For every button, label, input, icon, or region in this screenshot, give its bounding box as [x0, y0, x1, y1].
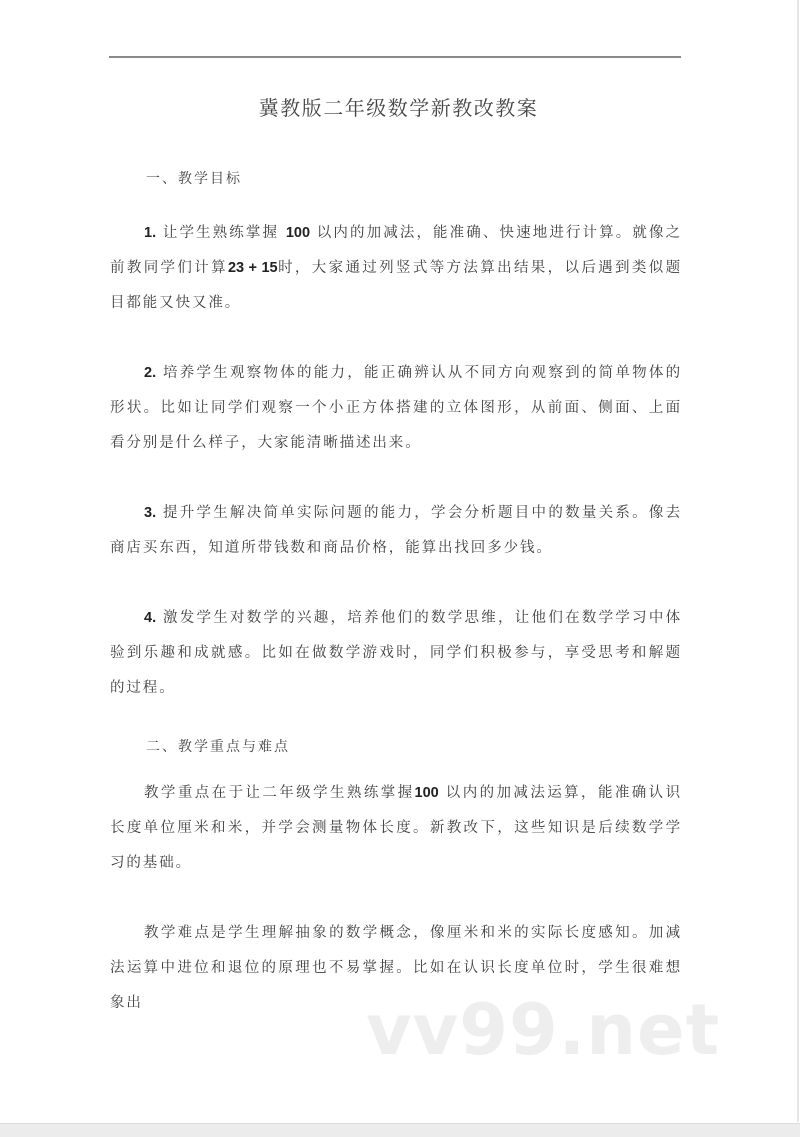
objective-paragraph-1: 1. 让学生熟练掌握 100 以内的加减法，能准确、快速地进行计算。就像之前教同…	[110, 216, 682, 321]
key-points-paragraph: 教学重点在于让二年级学生熟练掌握100 以内的加减法运算，能准确认识长度单位厘米…	[110, 776, 682, 881]
objective-paragraph-3: 3. 提升学生解决简单实际问题的能力，学会分析题目中的数量关系。像去商店买东西，…	[110, 496, 682, 566]
page-bottom-edge	[0, 1123, 800, 1137]
number-value: 100	[286, 225, 310, 241]
section-heading-key-points: 二、教学重点与难点	[146, 736, 290, 756]
paragraph-text: 培养学生观察物体的能力，能正确辨认从不同方向观察到的简单物体的形状。比如让同学们…	[110, 365, 682, 451]
paragraph-text: 教学重点在于让二年级学生熟练掌握	[144, 785, 415, 801]
watermark: vv99.net	[366, 995, 720, 1065]
item-number: 4.	[144, 610, 156, 626]
item-number: 1.	[144, 225, 156, 241]
section-heading-objectives: 一、教学目标	[146, 168, 242, 188]
paragraph-text: 让学生熟练掌握	[163, 225, 279, 241]
math-expression: 23 + 15	[228, 260, 278, 276]
paragraph-text: 提升学生解决简单实际问题的能力，学会分析题目中的数量关系。像去商店买东西，知道所…	[110, 505, 682, 556]
document-page: 冀教版二年级数学新教改教案 一、教学目标 1. 让学生熟练掌握 100 以内的加…	[0, 0, 799, 1122]
item-number: 2.	[144, 365, 156, 381]
paragraph-text: 激发学生对数学的兴趣，培养他们的数学思维，让他们在数学学习中体验到乐趣和成就感。…	[110, 610, 682, 696]
number-value: 100	[415, 785, 439, 801]
objective-paragraph-4: 4. 激发学生对数学的兴趣，培养他们的数学思维，让他们在数学学习中体验到乐趣和成…	[110, 601, 682, 706]
header-rule	[109, 56, 681, 58]
item-number: 3.	[144, 505, 156, 521]
document-title: 冀教版二年级数学新教改教案	[0, 92, 797, 121]
objective-paragraph-2: 2. 培养学生观察物体的能力，能正确辨认从不同方向观察到的简单物体的形状。比如让…	[110, 356, 682, 461]
